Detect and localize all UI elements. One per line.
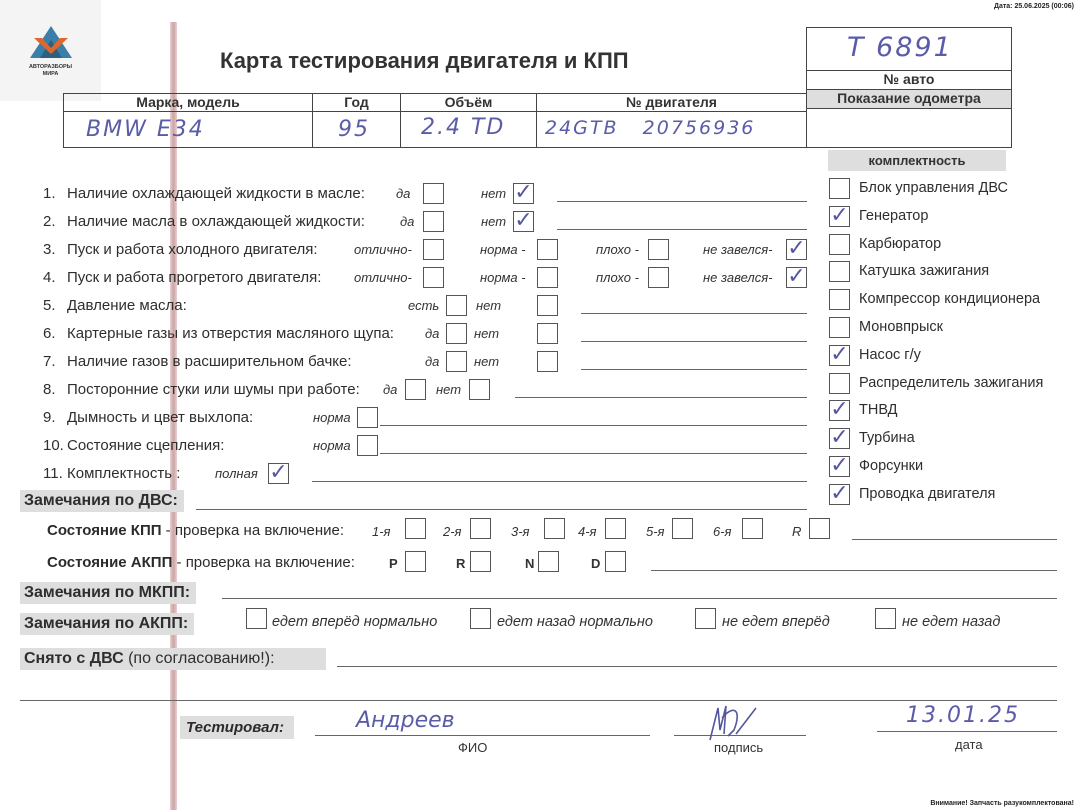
date-caption: дата (955, 737, 983, 752)
akpp-remark-checkbox[interactable] (470, 608, 491, 629)
gear-label: 4-я (578, 524, 597, 539)
option-checkbox[interactable] (648, 239, 669, 260)
question-text: Состояние сцепления: (67, 437, 224, 454)
option-checkbox[interactable]: ✓ (268, 463, 289, 484)
completeness-item-label: Распределитель зажигания (859, 375, 1043, 391)
page-title: Карта тестирования двигателя и КПП (220, 48, 629, 74)
gear-checkbox[interactable] (538, 551, 559, 572)
option-checkbox[interactable] (423, 267, 444, 288)
checkmark-icon: ✓ (830, 203, 849, 229)
option-checkbox[interactable]: ✓ (786, 267, 807, 288)
option-label: есть (408, 298, 439, 313)
option-checkbox[interactable] (423, 239, 444, 260)
question-notes-line[interactable] (581, 341, 807, 342)
option-label: норма - (480, 242, 526, 257)
akpp-remark-label: едет вперёд нормально (272, 614, 437, 630)
option-label: отлично- (354, 242, 412, 257)
question-number: 11. (43, 465, 63, 482)
gear-label: 3-я (511, 524, 530, 539)
akpp-remark-label: не едет назад (902, 614, 1000, 630)
question-notes-line[interactable] (581, 369, 807, 370)
question-text: Комплектность : (67, 465, 180, 482)
gear-label: N (525, 556, 534, 571)
completeness-item-label: Карбюратор (859, 236, 941, 252)
checkmark-icon: ✓ (830, 481, 849, 507)
option-checkbox[interactable] (405, 379, 426, 400)
option-label: да (383, 382, 397, 397)
akpp-remarks-label: Замечания по АКПП: (20, 613, 194, 635)
completeness-checkbox[interactable] (829, 289, 850, 310)
checkmark-icon: ✓ (514, 208, 533, 234)
gear-checkbox[interactable] (605, 551, 626, 572)
completeness-checkbox[interactable]: ✓ (829, 345, 850, 366)
removed-parts-line[interactable] (337, 666, 1057, 667)
akpp-remark-label: не едет вперёд (722, 614, 830, 630)
akpp-remark-checkbox[interactable] (875, 608, 896, 629)
gear-checkbox[interactable] (544, 518, 565, 539)
company-logo: АВТОРАЗБОРЫ МИРА (0, 0, 101, 101)
option-checkbox[interactable] (537, 295, 558, 316)
completeness-header: комплектность (828, 150, 1006, 171)
checkmark-icon: ✓ (787, 236, 806, 262)
handwritten-signature (700, 700, 770, 744)
completeness-checkbox[interactable]: ✓ (829, 456, 850, 477)
option-label: нет (481, 186, 506, 201)
manual-gearbox-label: Состояние КПП - проверка на включение: (47, 522, 344, 539)
checkmark-icon: ✓ (830, 425, 849, 451)
gear-label: D (591, 556, 600, 571)
gear-label: 1-я (372, 524, 391, 539)
checkmark-icon: ✓ (514, 180, 533, 206)
option-checkbox[interactable] (469, 379, 490, 400)
question-text: Пуск и работа холодного двигателя: (67, 241, 318, 258)
gear-checkbox[interactable] (809, 518, 830, 539)
option-checkbox[interactable] (648, 267, 669, 288)
completeness-item-label: Блок управления ДВС (859, 180, 1008, 196)
question-notes-line[interactable] (312, 481, 807, 482)
completeness-item-label: Турбина (859, 430, 915, 446)
engine-remarks-line[interactable] (196, 509, 807, 510)
gear-checkbox[interactable] (470, 518, 491, 539)
footer-warning: Внимание! Запчасть разукомплектована! (930, 800, 1074, 807)
option-label: да (425, 354, 439, 369)
question-text: Пуск и работа прогретого двигателя: (67, 269, 321, 286)
option-label: норма - (480, 270, 526, 285)
completeness-item-label: Форсунки (859, 458, 923, 474)
completeness-item-label: ТНВД (859, 402, 898, 418)
completeness-item-label: Проводка двигателя (859, 486, 995, 502)
option-label: не завелся- (703, 270, 773, 285)
completeness-item-label: Насос г/у (859, 347, 921, 363)
question-text: Посторонние стуки или шумы при работе: (67, 381, 360, 398)
question-text: Наличие масла в охлаждающей жидкости: (67, 213, 365, 230)
gear-checkbox[interactable] (470, 551, 491, 572)
question-notes-line[interactable] (557, 201, 807, 202)
option-label: нет (474, 326, 499, 341)
mkpp-remarks-label: Замечания по МКПП: (20, 582, 196, 604)
gear-label: R (456, 556, 465, 571)
akpp-remark-label: едет назад нормально (497, 614, 653, 630)
question-number: 6. (43, 325, 56, 342)
completeness-item-label: Генератор (859, 208, 928, 224)
logo-text-line2: МИРА (0, 71, 101, 77)
gear-checkbox[interactable] (405, 518, 426, 539)
auto-gearbox-label: Состояние АКПП - проверка на включение: (47, 554, 355, 571)
question-text: Дымность и цвет выхлопа: (67, 409, 253, 426)
completeness-checkbox[interactable] (829, 178, 850, 199)
question-number: 4. (43, 269, 56, 286)
tested-by-label: Тестировал: (180, 716, 294, 739)
question-notes-line[interactable] (515, 397, 807, 398)
year-value: 95 (338, 117, 370, 142)
completeness-item-label: Моновпрыск (859, 319, 943, 335)
question-number: 3. (43, 241, 56, 258)
auto-gearbox-notes-line[interactable] (651, 570, 1057, 571)
gear-checkbox[interactable] (742, 518, 763, 539)
engine-remarks-label: Замечания по ДВС: (20, 490, 184, 512)
autorazbory-logo-icon (28, 24, 74, 62)
engine-number-cell[interactable]: 24GTB 20756936 (536, 111, 807, 148)
col-header-volume: Объём (400, 93, 537, 112)
option-checkbox[interactable]: ✓ (786, 239, 807, 260)
gear-checkbox[interactable] (405, 551, 426, 572)
option-checkbox[interactable] (446, 351, 467, 372)
checkmark-icon: ✓ (787, 264, 806, 290)
gear-label: P (389, 556, 398, 571)
car-number-value: T 6891 (847, 32, 953, 63)
removed-parts-line-2[interactable] (20, 700, 1057, 701)
option-checkbox[interactable] (423, 183, 444, 204)
logo-text-line1: АВТОРАЗБОРЫ (0, 64, 101, 70)
completeness-checkbox[interactable] (829, 261, 850, 282)
car-number-cell[interactable]: T 6891 (806, 27, 1012, 71)
gear-checkbox[interactable] (672, 518, 693, 539)
gear-label: R (792, 524, 801, 539)
option-checkbox[interactable] (537, 323, 558, 344)
gear-label: 6-я (713, 524, 732, 539)
checkmark-icon: ✓ (830, 342, 849, 368)
completeness-checkbox[interactable] (829, 234, 850, 255)
checkmark-icon: ✓ (830, 453, 849, 479)
completeness-item-label: Компрессор кондиционера (859, 291, 1040, 307)
option-label: норма (313, 438, 351, 453)
option-checkbox[interactable] (357, 407, 378, 428)
question-number: 9. (43, 409, 56, 426)
year-cell[interactable]: 95 (312, 111, 401, 148)
gear-checkbox[interactable] (605, 518, 626, 539)
completeness-checkbox[interactable]: ✓ (829, 206, 850, 227)
option-label: полная (215, 466, 258, 481)
question-notes-line[interactable] (380, 425, 807, 426)
volume-value: 2.4 TD (421, 115, 505, 140)
question-text: Наличие газов в расширительном бачке: (67, 353, 352, 370)
option-label: нет (476, 298, 501, 313)
gear-label: 2-я (443, 524, 462, 539)
date-line[interactable] (877, 731, 1057, 732)
completeness-checkbox[interactable]: ✓ (829, 400, 850, 421)
odometer-label: Показание одометра (806, 89, 1012, 109)
question-text: Давление масла: (67, 297, 187, 314)
col-header-engine-number: № двигателя (536, 93, 807, 112)
gear-label: 5-я (646, 524, 665, 539)
option-label: нет (481, 214, 506, 229)
option-label: да (425, 326, 439, 341)
completeness-checkbox[interactable] (829, 373, 850, 394)
completeness-checkbox[interactable]: ✓ (829, 484, 850, 505)
completeness-checkbox[interactable]: ✓ (829, 428, 850, 449)
option-checkbox[interactable] (537, 239, 558, 260)
tester-name-value: Андреев (356, 708, 455, 733)
akpp-remark-checkbox[interactable] (246, 608, 267, 629)
option-label: не завелся- (703, 242, 773, 257)
mkpp-remarks-line[interactable] (222, 598, 1057, 599)
option-checkbox[interactable] (446, 323, 467, 344)
question-number: 10. (43, 437, 64, 454)
question-number: 2. (43, 213, 56, 230)
option-checkbox[interactable] (537, 351, 558, 372)
option-label: нет (474, 354, 499, 369)
engine-number-value: 24GTB 20756936 (545, 117, 755, 139)
export-date-stamp: Дата: 25.06.2025 (00:06) (994, 3, 1074, 10)
option-label: да (400, 214, 414, 229)
col-header-make-model: Марка, модель (63, 93, 313, 112)
option-label: отлично- (354, 270, 412, 285)
completeness-checkbox[interactable] (829, 317, 850, 338)
tester-name-caption: ФИО (458, 740, 487, 755)
option-checkbox[interactable]: ✓ (513, 183, 534, 204)
question-text: Наличие охлаждающей жидкости в масле: (67, 185, 365, 202)
car-number-label: № авто (806, 70, 1012, 90)
question-text: Картерные газы из отверстия масляного щу… (67, 325, 394, 342)
question-number: 1. (43, 185, 56, 202)
akpp-remark-checkbox[interactable] (695, 608, 716, 629)
checkmark-icon: ✓ (269, 460, 288, 486)
date-value: 13.01.25 (906, 703, 1020, 728)
option-label: да (396, 186, 410, 201)
option-label: плохо - (596, 270, 639, 285)
option-label: нет (436, 382, 461, 397)
make-model-cell[interactable]: BMW E34 (63, 111, 313, 148)
col-header-year: Год (312, 93, 401, 112)
question-notes-line[interactable] (581, 313, 807, 314)
option-checkbox[interactable] (357, 435, 378, 456)
volume-cell[interactable]: 2.4 TD (400, 111, 537, 148)
completeness-item-label: Катушка зажигания (859, 263, 989, 279)
signature-caption: подпись (714, 740, 763, 755)
option-checkbox[interactable] (423, 211, 444, 232)
option-label: плохо - (596, 242, 639, 257)
manual-gearbox-notes-line[interactable] (852, 539, 1057, 540)
option-checkbox[interactable] (446, 295, 467, 316)
odometer-value-cell[interactable] (806, 108, 1012, 148)
option-label: норма (313, 410, 351, 425)
make-model-value: BMW E34 (86, 117, 205, 142)
checkmark-icon: ✓ (830, 397, 849, 423)
removed-parts-label: Снято с ДВС (по согласованию!): (20, 648, 326, 670)
question-number: 7. (43, 353, 56, 370)
question-number: 8. (43, 381, 56, 398)
question-notes-line[interactable] (557, 229, 807, 230)
question-number: 5. (43, 297, 56, 314)
question-notes-line[interactable] (380, 453, 807, 454)
option-checkbox[interactable]: ✓ (513, 211, 534, 232)
option-checkbox[interactable] (537, 267, 558, 288)
tester-name-line[interactable] (315, 735, 650, 736)
